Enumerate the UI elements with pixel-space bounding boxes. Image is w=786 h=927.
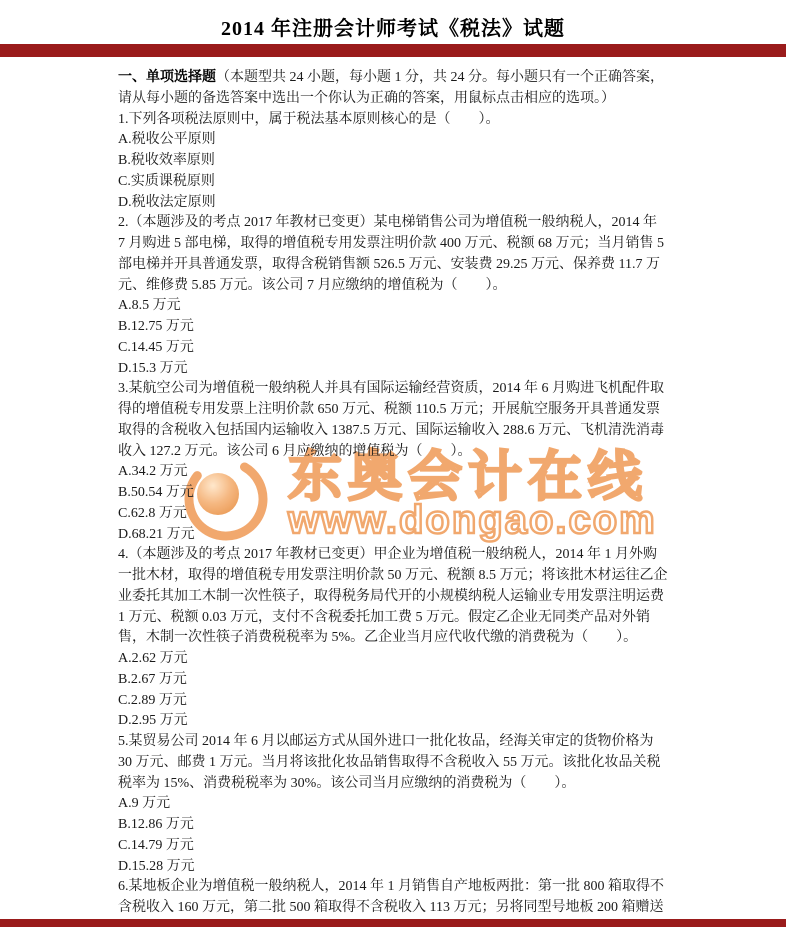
section-intro-line-1: 一、单项选择题（本题型共 24 小题，每小题 1 分，共 24 分。每小题只有一… (118, 68, 670, 89)
question-5-option-B[interactable]: B.12.86 万元 (118, 815, 670, 836)
question-2-option-D[interactable]: D.15.3 万元 (118, 359, 670, 380)
question-6-line-1: 6.某地板企业为增值税一般纳税人，2014 年 1 月销售自产地板两批：第一批 … (118, 877, 670, 898)
questions-list: 1.下列各项税法原则中，属于税法基本原则核心的是（ ）。A.税收公平原则B.税收… (118, 110, 670, 919)
top-divider-band (0, 44, 786, 57)
question-2-line-1: 2.（本题涉及的考点 2017 年教材已变更）某电梯销售公司为增值税一般纳税人，… (118, 213, 670, 234)
question-1-option-B[interactable]: B.税收效率原则 (118, 151, 670, 172)
question-2-option-B[interactable]: B.12.75 万元 (118, 317, 670, 338)
question-3-option-A[interactable]: A.34.2 万元 (118, 462, 670, 483)
section-intro-line-2: 请从每小题的备选答案中选出一个你认为正确的答案，用鼠标点击相应的选项。） (118, 89, 670, 110)
question-1-option-C[interactable]: C.实质课税原则 (118, 172, 670, 193)
question-4-option-D[interactable]: D.2.95 万元 (118, 711, 670, 732)
question-3-line-4: 收入 127.2 万元。该公司 6 月应缴纳的增值税为（ ）。 (118, 442, 670, 463)
question-5-line-3: 税率为 15%、消费税税率为 30%。该公司当月应缴纳的消费税为（ ）。 (118, 774, 670, 795)
question-4-option-A[interactable]: A.2.62 万元 (118, 649, 670, 670)
question-2-option-A[interactable]: A.8.5 万元 (118, 296, 670, 317)
question-3-line-2: 得的增值税专用发票上注明价款 650 万元、税额 110.5 万元；开展航空服务… (118, 400, 670, 421)
exam-paper-page: 2014 年注册会计师考试《税法》试题 东奥会计在线 www.dongao.co… (0, 0, 786, 927)
section-intro-text: （本题型共 24 小题，每小题 1 分，共 24 分。每小题只有一个正确答案， (216, 70, 664, 85)
question-1-option-A[interactable]: A.税收公平原则 (118, 130, 670, 151)
question-1-line-1: 1.下列各项税法原则中，属于税法基本原则核心的是（ ）。 (118, 110, 670, 131)
question-5-option-A[interactable]: A.9 万元 (118, 794, 670, 815)
question-3-line-3: 取得的含税收入包括国内运输收入 1387.5 万元、国际运输收入 288.6 万… (118, 421, 670, 442)
question-4-line-1: 4.（本题涉及的考点 2017 年教材已变更）甲企业为增值税一般纳税人，2014… (118, 545, 670, 566)
question-3-option-D[interactable]: D.68.21 万元 (118, 525, 670, 546)
question-2-option-C[interactable]: C.14.45 万元 (118, 338, 670, 359)
question-2-line-3: 部电梯并开具普通发票，取得含税销售额 526.5 万元、安装费 29.25 万元… (118, 255, 670, 276)
question-2-line-2: 7 月购进 5 部电梯，取得的增值税专用发票注明价款 400 万元、税额 68 … (118, 234, 670, 255)
exam-content: 一、单项选择题（本题型共 24 小题，每小题 1 分，共 24 分。每小题只有一… (118, 68, 670, 919)
question-4-line-4: 1 万元、税额 0.03 万元，支付不含税委托加工费 5 万元。假定乙企业无同类… (118, 608, 670, 629)
question-4-option-C[interactable]: C.2.89 万元 (118, 691, 670, 712)
section-heading: 一、单项选择题 (118, 70, 216, 85)
bottom-divider-band (0, 919, 786, 927)
question-6-line-2: 含税收入 160 万元，第二批 500 箱取得不含税收入 113 万元；另将同型… (118, 898, 670, 919)
question-3-option-C[interactable]: C.62.8 万元 (118, 504, 670, 525)
question-5-line-2: 30 万元、邮费 1 万元。当月将该批化妆品销售取得不含税收入 55 万元。该批… (118, 753, 670, 774)
question-4-line-3: 业委托其加工木制一次性筷子，取得税务局代开的小规模纳税人运输业专用发票注明运费 (118, 587, 670, 608)
question-4-line-5: 售，木制一次性筷子消费税税率为 5%。乙企业当月应代收代缴的消费税为（ ）。 (118, 628, 670, 649)
question-4-line-2: 一批木材，取得的增值税专用发票注明价款 50 万元、税额 8.5 万元；将该批木… (118, 566, 670, 587)
question-4-option-B[interactable]: B.2.67 万元 (118, 670, 670, 691)
question-5-line-1: 5.某贸易公司 2014 年 6 月以邮运方式从国外进口一批化妆品，经海关审定的… (118, 732, 670, 753)
question-5-option-D[interactable]: D.15.28 万元 (118, 857, 670, 878)
question-3-option-B[interactable]: B.50.54 万元 (118, 483, 670, 504)
question-1-option-D[interactable]: D.税收法定原则 (118, 193, 670, 214)
question-5-option-C[interactable]: C.14.79 万元 (118, 836, 670, 857)
page-title: 2014 年注册会计师考试《税法》试题 (0, 12, 786, 41)
question-2-line-4: 元、维修费 5.85 万元。该公司 7 月应缴纳的增值税为（ ）。 (118, 276, 670, 297)
question-3-line-1: 3.某航空公司为增值税一般纳税人并具有国际运输经营资质，2014 年 6 月购进… (118, 379, 670, 400)
